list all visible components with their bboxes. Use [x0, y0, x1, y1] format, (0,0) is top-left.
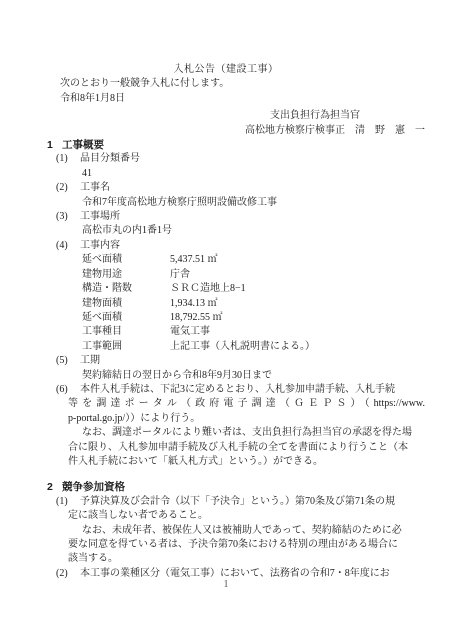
item-1-1-number: (1) — [56, 152, 80, 166]
spec-row: 建物用途庁舎 — [82, 268, 425, 282]
intro-line: 次のとおり一般競争入札に付します。 — [60, 77, 425, 91]
item-1-3: (3)工事場所 — [56, 210, 425, 224]
item-1-5: (5)工期 — [56, 354, 425, 368]
item-1-4: (4)工事内容 — [56, 239, 425, 253]
item-2-1-line: 要な同意を得ている者は、予決令第70条における特別の理由がある場合に — [68, 538, 425, 552]
spec-row: 工事範囲上記工事（入札説明書による。） — [82, 340, 425, 354]
spec-term: 構造・階数 — [82, 282, 170, 296]
spec-term: 延べ面積 — [82, 311, 170, 325]
date-line: 令和8年1月8日 — [60, 92, 425, 106]
spec-row: 延べ面積5,437.51 ㎡ — [82, 253, 425, 267]
spec-value: 1,934.13 ㎡ — [170, 298, 218, 309]
spec-value: ＳＲＣ造地上8−1 — [170, 283, 246, 294]
item-1-4-number: (4) — [56, 239, 80, 253]
spec-term: 延べ面積 — [82, 253, 170, 267]
item-1-6-number: (6) — [56, 383, 80, 397]
section-1-heading: 1工事概要 — [47, 138, 425, 152]
item-1-1-label: 品目分類番号 — [80, 153, 140, 164]
section-1-title: 工事概要 — [62, 139, 104, 151]
spec-value: 18,792.55 ㎡ — [170, 312, 223, 323]
item-2-1-line: 予算決算及び会計令（以下「予決令」という。）第70条及び第71条の規 — [80, 496, 395, 507]
item-1-5-number: (5) — [56, 354, 80, 368]
doc-title: 入札公告（建設工事） — [27, 63, 425, 77]
item-2-1-line: なお、未成年者、被保佐人又は被補助人であって、契約締結のために必 — [68, 524, 425, 538]
section-2-heading: 2競争参加資格 — [47, 480, 425, 494]
spec-term: 工事範囲 — [82, 340, 170, 354]
spec-term: 建物用途 — [82, 268, 170, 282]
item-1-2: (2)工事名 — [56, 181, 425, 195]
item-1-2-number: (2) — [56, 181, 80, 195]
item-1-3-number: (3) — [56, 210, 80, 224]
item-2-1-line: 定に該当しない者であること。 — [68, 509, 425, 523]
official-name: 高松地方検察庁検事正 清 野 憲 一 — [245, 124, 425, 138]
item-2-1-line: 該当する。 — [68, 552, 425, 566]
item-1-1: (1)品目分類番号 — [56, 152, 425, 166]
spec-row: 建物面積1,934.13 ㎡ — [82, 297, 425, 311]
item-1-3-label: 工事場所 — [80, 211, 120, 222]
spec-value: 電気工事 — [170, 326, 210, 337]
section-2-title: 競争参加資格 — [62, 481, 125, 493]
item-1-4-label: 工事内容 — [80, 240, 120, 251]
officials-block: 支出負担行為担当官 高松地方検察庁検事正 清 野 憲 一 — [47, 109, 425, 138]
item-2-1: (1)予算決算及び会計令（以下「予決令」という。）第70条及び第71条の規 — [56, 495, 425, 509]
section-1-number: 1 — [47, 138, 62, 152]
item-1-6-line: 等を調達ポータル（政府電子調達（ＧＥＰＳ）（https://www. — [68, 397, 425, 411]
item-1-6-line: 合に限り、入札参加申請手続及び入札手続の全てを書面により行うこと（本 — [68, 441, 425, 455]
item-1-6-line: p-portal.go.jp/））により行う。 — [68, 412, 425, 426]
section-2-number: 2 — [47, 480, 62, 494]
spec-row: 工事種目電気工事 — [82, 325, 425, 339]
official-role: 支出負担行為担当官 — [245, 109, 425, 123]
item-1-6-line: 件入札手続において「紙入札方式」という。）ができる。 — [68, 455, 425, 469]
item-1-6-line: なお、調達ポータルにより難い者は、支出負担行為担当官の承認を得た場 — [68, 426, 425, 440]
item-1-5-value: 契約締結日の翌日から令和8年9月30日まで — [82, 369, 425, 383]
item-1-3-value: 高松市丸の内1番1号 — [82, 224, 425, 238]
spec-term: 建物面積 — [82, 297, 170, 311]
item-1-2-value: 令和7年度高松地方検察庁照明設備改修工事 — [82, 196, 425, 210]
item-1-2-label: 工事名 — [80, 182, 110, 193]
page-number: 1 — [0, 578, 452, 592]
spec-value: 庁舎 — [170, 269, 190, 280]
spec-term: 工事種目 — [82, 325, 170, 339]
spec-value: 5,437.51 ㎡ — [170, 254, 218, 265]
spec-row: 延べ面積18,792.55 ㎡ — [82, 311, 425, 325]
document-page: 入札公告（建設工事） 次のとおり一般競争入札に付します。 令和8年1月8日 支出… — [0, 0, 452, 640]
item-1-6-line: 本件入札手続は、下記3に定めるとおり、入札参加申請手続、入札手続 — [80, 384, 395, 395]
spec-value: 上記工事（入札説明書による。） — [170, 341, 315, 352]
spec-row: 構造・階数ＳＲＣ造地上8−1 — [82, 282, 425, 296]
item-1-6: (6)本件入札手続は、下記3に定めるとおり、入札参加申請手続、入札手続 — [56, 383, 425, 397]
item-1-1-value: 41 — [82, 167, 425, 181]
item-1-5-label: 工期 — [80, 355, 100, 366]
item-2-1-number: (1) — [56, 495, 80, 509]
